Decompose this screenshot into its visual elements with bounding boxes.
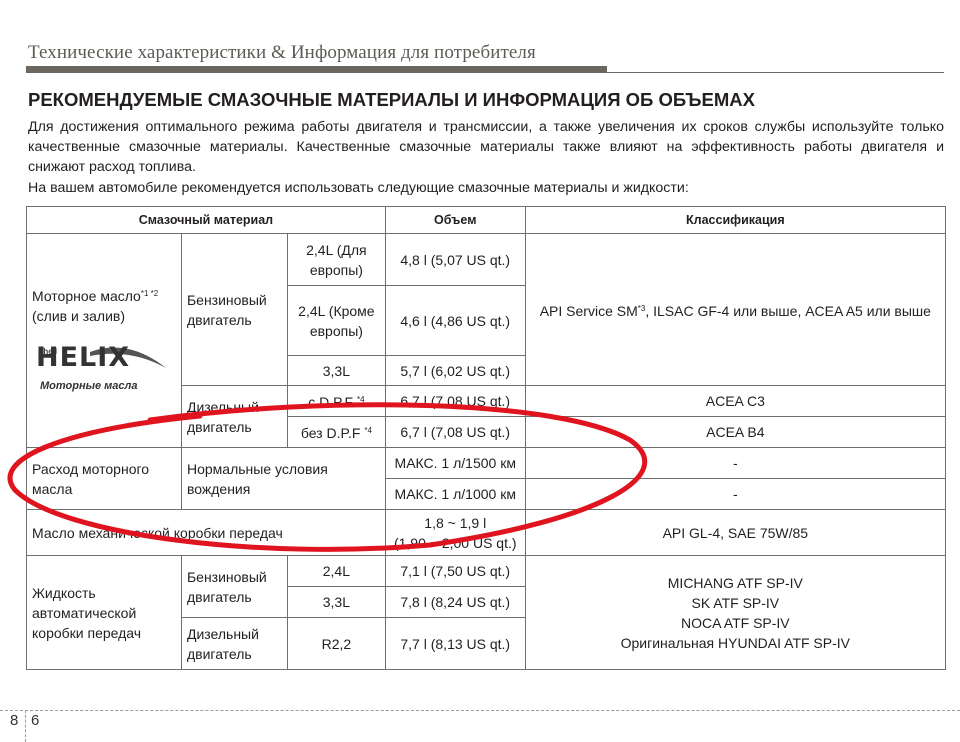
engine-oil-cell: Моторное масло*1 *2 (слив и залив) Shell… — [27, 234, 182, 448]
header-rule-thin — [607, 72, 944, 73]
table-header-row: Смазочный материал Объем Классификация — [27, 207, 946, 234]
footer-rule — [0, 710, 960, 711]
spec-cell: без D.P.F *4 — [287, 417, 385, 448]
spec-cell: 3,3L — [287, 356, 385, 386]
atf-petrol-label: Бензиновый двигатель — [181, 556, 287, 618]
spec-cell: R2,2 — [287, 618, 385, 670]
classification-cell: API GL-4, SAE 75W/85 — [525, 510, 945, 556]
page-number: 6 — [31, 712, 39, 729]
volume-cell: 7,8 l (8,24 US qt.) — [385, 587, 525, 618]
classification-cell: - — [525, 448, 945, 479]
header-rule-thick — [26, 66, 607, 73]
volume-cell: 4,8 l (5,07 US qt.) — [385, 234, 525, 286]
page-chapter: 8 — [10, 712, 18, 729]
manual-transmission-label: Масло механической коробки передач — [27, 510, 386, 556]
spec-cell: с D.P.F *4 — [287, 386, 385, 417]
volume-cell: МАКС. 1 л/1000 км — [385, 479, 525, 510]
header-material: Смазочный материал — [27, 207, 386, 234]
spec-cell: 2,4L (Кроме европы) — [287, 286, 385, 356]
classification-cell: ACEA C3 — [525, 386, 945, 417]
volume-cell: 6,7 l (7,08 US qt.) — [385, 417, 525, 448]
petrol-engine-label: Бензиновый двигатель — [181, 234, 287, 386]
intro-paragraph-2: На вашем автомобиле рекомендуется исполь… — [28, 178, 944, 198]
atf-diesel-label: Дизельный двигатель — [181, 618, 287, 670]
lubricants-table: Смазочный материал Объем Классификация М… — [26, 206, 946, 670]
oil-consumption-label: Расход моторного масла — [27, 448, 182, 510]
atf-label: Жидкость автоматической коробки передач — [27, 556, 182, 670]
header-classification: Классификация — [525, 207, 945, 234]
table-row: Расход моторного масла Нормальные услови… — [27, 448, 946, 479]
volume-cell: 6,7 l (7,08 US qt.) — [385, 386, 525, 417]
table-row: Жидкость автоматической коробки передач … — [27, 556, 946, 587]
volume-cell: 7,1 l (7,50 US qt.) — [385, 556, 525, 587]
volume-cell: МАКС. 1 л/1500 км — [385, 448, 525, 479]
page-heading: РЕКОМЕНДУЕМЫЕ СМАЗОЧНЫЕ МАТЕРИАЛЫ И ИНФО… — [28, 89, 755, 111]
footer-divider — [25, 710, 26, 742]
classification-cell: ACEA B4 — [525, 417, 945, 448]
intro-text: Для достижения оптимального режима работ… — [28, 117, 944, 198]
header-volume: Объем — [385, 207, 525, 234]
classification-cell: - — [525, 479, 945, 510]
spec-cell: 3,3L — [287, 587, 385, 618]
volume-cell: 5,7 l (6,02 US qt.) — [385, 356, 525, 386]
volume-cell: 4,6 l (4,86 US qt.) — [385, 286, 525, 356]
diesel-engine-label: Дизельный двигатель — [181, 386, 287, 448]
section-title: Технические характеристики & Информация … — [28, 42, 536, 64]
spec-cell: 2,4L — [287, 556, 385, 587]
table-row: Масло механической коробки передач 1,8 ~… — [27, 510, 946, 556]
volume-cell: 7,7 l (8,13 US qt.) — [385, 618, 525, 670]
table-row: Моторное масло*1 *2 (слив и залив) Shell… — [27, 234, 946, 286]
classification-cell: API Service SM*3, ILSAC GF-4 или выше, A… — [525, 234, 945, 386]
intro-paragraph-1: Для достижения оптимального режима работ… — [28, 117, 944, 177]
engine-oil-sublabel: (слив и залив) — [32, 308, 125, 324]
shell-helix-logo: Shell HELIX Моторные масла — [36, 342, 166, 388]
spec-cell: 2,4L (Для европы) — [287, 234, 385, 286]
engine-oil-label: Моторное масло — [32, 288, 141, 304]
volume-cell: 1,8 ~ 1,9 l (1,90 ~ 2,00 US qt.) — [385, 510, 525, 556]
atf-classification-cell: MICHANG ATF SP-IV SK ATF SP-IV NOCA ATF … — [525, 556, 945, 670]
driving-condition-label: Нормальные условия вождения — [181, 448, 385, 510]
